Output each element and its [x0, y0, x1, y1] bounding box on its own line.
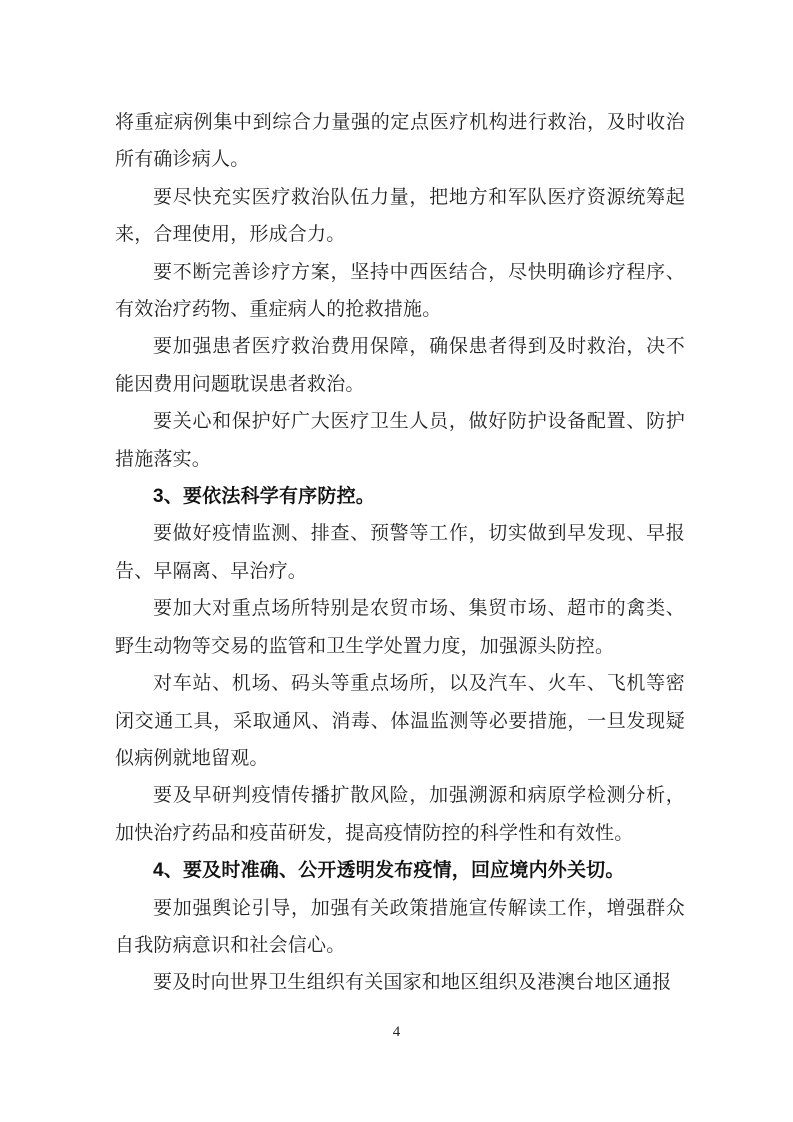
paragraph-continuation: 将重症病例集中到综合力量强的定点医疗机构进行救治，及时收治所有确诊病人。 — [115, 104, 685, 179]
paragraph: 要加强舆论引导，加强有关政策措施宣传解读工作，增强群众自我防病意识和社会信心。 — [115, 890, 685, 965]
paragraph: 要做好疫情监测、排查、预警等工作，切实做到早发现、早报告、早隔离、早治疗。 — [115, 515, 685, 590]
paragraph: 要及时向世界卫生组织有关国家和地区组织及港澳台地区通报 — [115, 964, 685, 1001]
paragraph: 要加强患者医疗救治费用保障，确保患者得到及时救治，决不能因费用问题耽误患者救治。 — [115, 328, 685, 403]
paragraph: 对车站、机场、码头等重点场所，以及汽车、火车、飞机等密闭交通工具，采取通风、消毒… — [115, 665, 685, 777]
paragraph: 要关心和保护好广大医疗卫生人员，做好防护设备配置、防护措施落实。 — [115, 403, 685, 478]
document-page: 将重症病例集中到综合力量强的定点医疗机构进行救治，及时收治所有确诊病人。 要尽快… — [0, 0, 793, 1122]
page-number: 4 — [0, 1022, 793, 1042]
document-body: 将重症病例集中到综合力量强的定点医疗机构进行救治，及时收治所有确诊病人。 要尽快… — [115, 104, 685, 1002]
paragraph: 要尽快充实医疗救治队伍力量，把地方和军队医疗资源统筹起来，合理使用，形成合力。 — [115, 179, 685, 254]
paragraph: 要不断完善诊疗方案，坚持中西医结合，尽快明确诊疗程序、有效治疗药物、重症病人的抢… — [115, 254, 685, 329]
paragraph: 要及早研判疫情传播扩散风险，加强溯源和病原学检测分析，加快治疗药品和疫苗研发，提… — [115, 777, 685, 852]
paragraph: 要加大对重点场所特别是农贸市场、集贸市场、超市的禽类、野生动物等交易的监管和卫生… — [115, 590, 685, 665]
section-heading-4: 4、要及时准确、公开透明发布疫情，回应境内外关切。 — [115, 852, 685, 889]
section-heading-3: 3、要依法科学有序防控。 — [115, 478, 685, 515]
